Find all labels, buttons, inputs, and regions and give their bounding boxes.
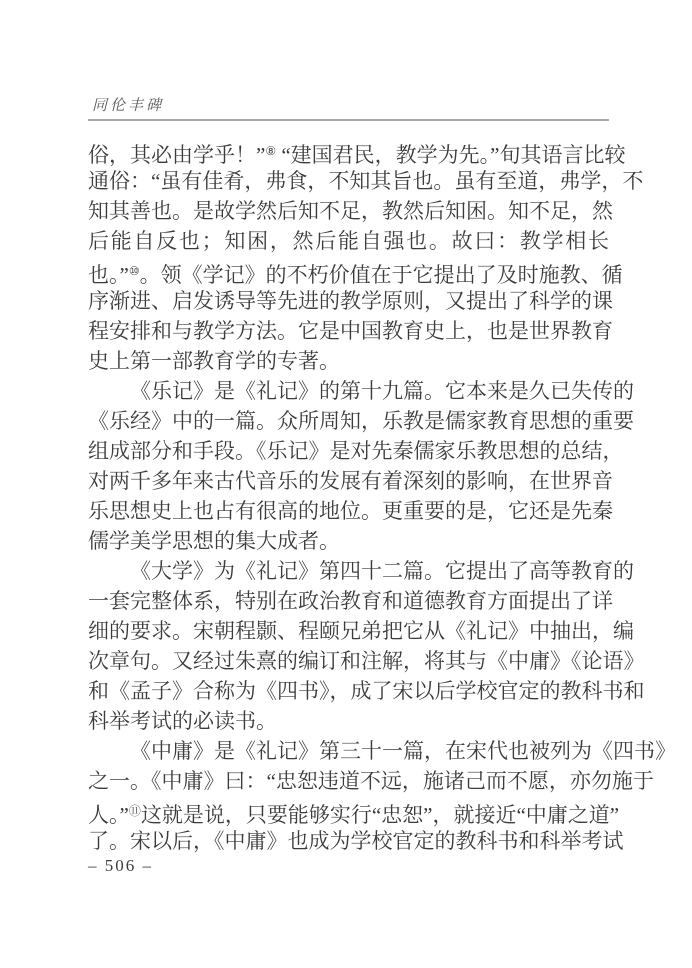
line-seg: 《大学》为《礼记》第四十二篇。它提出了高等教育的: [130, 559, 634, 583]
line-seg: 乐思想史上也占有很高的地位。更重要的是，它还是先秦: [88, 499, 613, 523]
text-line: 之一。《中庸》曰：“忠恕违道不远，施诸己而不愿，亦勿施于: [88, 766, 609, 796]
text-line: 人。”⑪这就是说，只要能够实行“忠恕”，就接近“中庸之道”: [88, 796, 609, 826]
line-seg: 《中庸》是《礼记》第三十一篇，在宋代也被列为《四书》: [130, 739, 676, 763]
line-seg: 知其善也。是故学然后知不足，教然后知困。知不足，然: [88, 199, 613, 223]
text-line: 科举考试的必读书。: [88, 706, 609, 736]
text-line: 和《孟子》合称为《四书》，成了宋以后学校官定的教科书和: [88, 676, 609, 706]
text-line: 俗，其必由学乎！”⑧ “建国君民，教学为先。”旬其语言比较: [88, 136, 609, 166]
footnote-marker: ⑪: [129, 804, 141, 818]
line-seg: 对两千多年来古代音乐的发展有着深刻的影响，在世界音: [88, 469, 613, 493]
line-seg: 组成部分和手段。《乐记》是对先秦儒家乐教思想的总结，: [88, 439, 624, 463]
body-text: 俗，其必由学乎！”⑧ “建国君民，教学为先。”旬其语言比较 通俗：“虽有佳肴，弗…: [88, 136, 609, 856]
line-seg: “建国君民，教学为先。”旬其语言比较: [276, 143, 625, 167]
line-seg: 《乐记》是《礼记》的第十九篇。它本来是久已失传的: [130, 379, 634, 403]
line-seg: 也。”: [88, 263, 129, 287]
line-seg: 后能自反也；知困，然后能自强也。故曰：教学相长: [88, 229, 609, 253]
line-seg: 。领《学记》的不朽价值在于它提出了及时施教、循: [140, 263, 623, 287]
text-line: 《乐记》是《礼记》的第十九篇。它本来是久已失传的: [88, 376, 609, 406]
line-seg: 儒学美学思想的集大成者。: [88, 529, 340, 553]
text-line: 《乐经》中的一篇。众所周知，乐教是儒家教育思想的重要: [88, 406, 609, 436]
line-seg: 科举考试的必读书。: [88, 709, 277, 733]
text-line: 《大学》为《礼记》第四十二篇。它提出了高等教育的: [88, 556, 609, 586]
line-seg: 人。”: [88, 803, 129, 827]
text-line: 儒学美学思想的集大成者。: [88, 526, 609, 556]
line-seg: 这就是说，只要能够实行“忠恕”，就接近“中庸之道”: [141, 803, 619, 827]
header-divider: [88, 119, 609, 121]
text-line: 乐思想史上也占有很高的地位。更重要的是，它还是先秦: [88, 496, 609, 526]
line-seg: 程安排和与教学方法。它是中国教育史上，也是世界教育: [88, 319, 613, 343]
line-seg: 之一。《中庸》曰：“忠恕违道不远，施诸己而不愿，亦勿施于: [88, 769, 654, 793]
text-line: 一套完整体系，特别在政治教育和道德教育方面提出了详: [88, 586, 609, 616]
line-seg: 了。宋以后，《中庸》也成为学校官定的教科书和科举考试: [88, 829, 624, 853]
line-seg: 和《孟子》合称为《四书》，成了宋以后学校官定的教科书和: [88, 679, 645, 703]
text-line: 组成部分和手段。《乐记》是对先秦儒家乐教思想的总结，: [88, 436, 609, 466]
text-line: 史上第一部教育学的专著。: [88, 346, 609, 376]
text-line: 细的要求。宋朝程颢、程颐兄弟把它从《礼记》中抽出，编: [88, 616, 609, 646]
book-page: 同伦丰碑 俗，其必由学乎！”⑧ “建国君民，教学为先。”旬其语言比较 通俗：“虽…: [0, 0, 692, 968]
text-line: 次章句。又经过朱熹的编订和注解，将其与《中庸》《论语》: [88, 646, 609, 676]
text-line: 了。宋以后，《中庸》也成为学校官定的教科书和科举考试: [88, 826, 609, 856]
line-seg: 序渐进、启发诱导等先进的教学原则，又提出了科学的课: [88, 289, 613, 313]
footnote-marker: ⑧: [265, 144, 276, 158]
text-line: 后能自反也；知困，然后能自强也。故曰：教学相长: [88, 226, 609, 256]
text-line: 对两千多年来古代音乐的发展有着深刻的影响，在世界音: [88, 466, 609, 496]
page-number: – 506 –: [88, 856, 153, 876]
text-line: 序渐进、启发诱导等先进的教学原则，又提出了科学的课: [88, 286, 609, 316]
line-seg: 一套完整体系，特别在政治教育和道德教育方面提出了详: [88, 589, 613, 613]
line-seg: 俗，其必由学乎！”: [88, 143, 265, 167]
text-line: 知其善也。是故学然后知不足，教然后知困。知不足，然: [88, 196, 609, 226]
line-seg: 细的要求。宋朝程颢、程颐兄弟把它从《礼记》中抽出，编: [88, 619, 634, 643]
running-head-title: 同伦丰碑: [92, 94, 164, 115]
line-seg: 《乐经》中的一篇。众所周知，乐教是儒家教育思想的重要: [88, 409, 634, 433]
text-line: 也。”⑩。领《学记》的不朽价值在于它提出了及时施教、循: [88, 256, 609, 286]
line-seg: 次章句。又经过朱熹的编订和注解，将其与《中庸》《论语》: [88, 649, 645, 673]
text-line: 通俗：“虽有佳肴，弗食，不知其旨也。虽有至道，弗学，不: [88, 166, 609, 196]
line-seg: 史上第一部教育学的专著。: [88, 349, 340, 373]
footnote-marker: ⑩: [129, 264, 140, 278]
text-line: 程安排和与教学方法。它是中国教育史上，也是世界教育: [88, 316, 609, 346]
text-line: 《中庸》是《礼记》第三十一篇，在宋代也被列为《四书》: [88, 736, 609, 766]
line-seg: 通俗：“虽有佳肴，弗食，不知其旨也。虽有至道，弗学，不: [88, 169, 643, 193]
